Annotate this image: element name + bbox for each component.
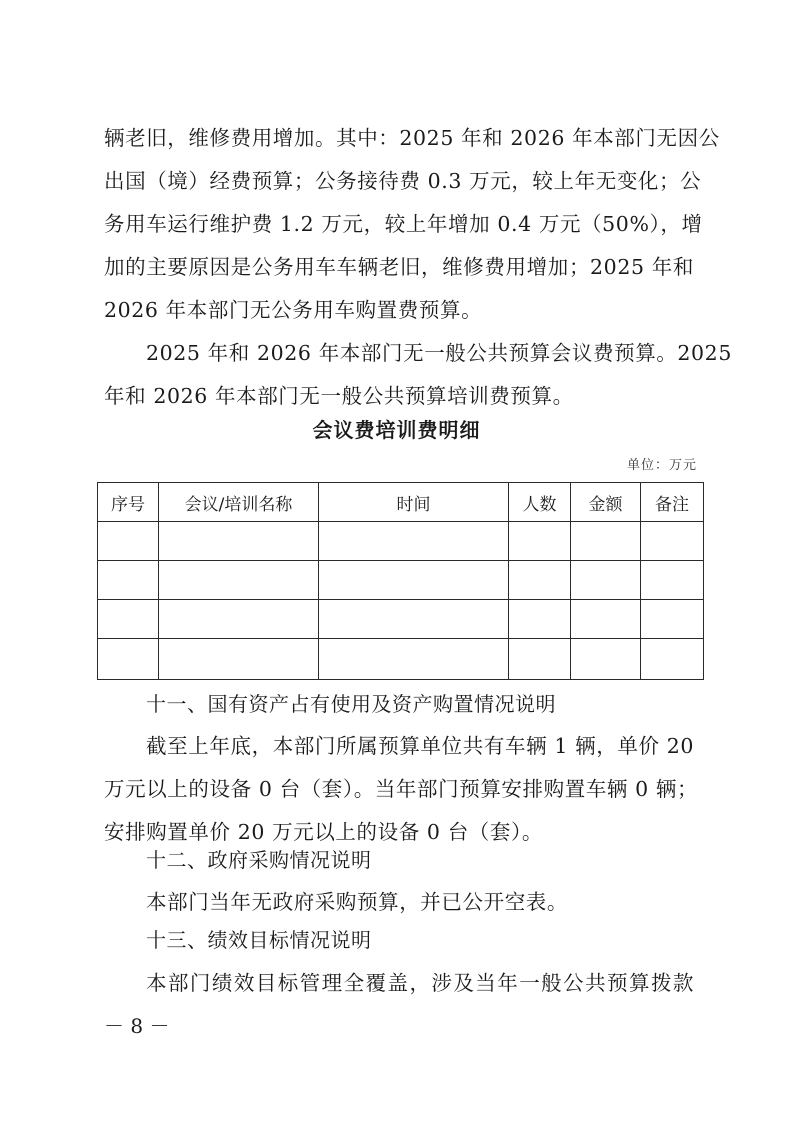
section-heading-performance: 十三、绩效目标情况说明 bbox=[146, 926, 372, 954]
table-cell bbox=[509, 600, 571, 639]
table-cell bbox=[571, 561, 641, 600]
column-header-remarks: 备注 bbox=[641, 483, 704, 522]
table-cell bbox=[571, 522, 641, 561]
table-cell bbox=[319, 600, 509, 639]
table-header-row: 序号 会议/培训名称 时间 人数 金额 备注 bbox=[98, 483, 704, 522]
paragraph-line: 本部门绩效目标管理全覆盖，涉及当年一般公共预算拨款 bbox=[146, 969, 694, 997]
table-cell bbox=[159, 522, 319, 561]
table-cell bbox=[641, 522, 704, 561]
table-row bbox=[98, 522, 704, 561]
table-title: 会议费培训费明细 bbox=[0, 416, 793, 444]
table-cell bbox=[319, 522, 509, 561]
paragraph-line: 出国（境）经费预算；公务接待费 0.3 万元，较上年无变化；公 bbox=[104, 167, 694, 195]
table-cell bbox=[641, 561, 704, 600]
table-cell bbox=[641, 600, 704, 639]
paragraph-line: 截至上年底，本部门所属预算单位共有车辆 1 辆，单价 20 bbox=[146, 732, 694, 760]
paragraph-line: 务用车运行维护费 1.2 万元，较上年增加 0.4 万元（50%），增 bbox=[104, 210, 694, 238]
paragraph-line: 万元以上的设备 0 台（套）。当年部门预算安排购置车辆 0 辆； bbox=[104, 775, 694, 803]
page-number: － 8 － bbox=[104, 1014, 169, 1038]
table-cell bbox=[98, 639, 159, 680]
column-header-time: 时间 bbox=[319, 483, 509, 522]
table-cell bbox=[319, 639, 509, 680]
paragraph-line: 2025 年和 2026 年本部门无一般公共预算会议费预算。2025 bbox=[146, 339, 694, 367]
section-heading-procurement: 十二、政府采购情况说明 bbox=[146, 846, 372, 874]
table-cell bbox=[571, 600, 641, 639]
paragraph-line: 安排购置单价 20 万元以上的设备 0 台（套）。 bbox=[104, 818, 694, 846]
paragraph-line: 本部门当年无政府采购预算，并已公开空表。 bbox=[146, 888, 694, 916]
table-cell bbox=[509, 639, 571, 680]
table-cell bbox=[509, 522, 571, 561]
table-cell bbox=[98, 522, 159, 561]
section-heading-assets: 十一、国有资产占有使用及资产购置情况说明 bbox=[146, 690, 556, 718]
paragraph-line: 2026 年本部门无公务用车购置费预算。 bbox=[104, 296, 694, 324]
table-cell bbox=[159, 639, 319, 680]
paragraph-line: 辆老旧，维修费用增加。其中：2025 年和 2026 年本部门无因公 bbox=[104, 124, 694, 152]
column-header-attendees: 人数 bbox=[509, 483, 571, 522]
column-header-index: 序号 bbox=[98, 483, 159, 522]
paragraph-line: 加的主要原因是公务用车车辆老旧，维修费用增加；2025 年和 bbox=[104, 253, 694, 281]
table-row bbox=[98, 561, 704, 600]
table-cell bbox=[319, 561, 509, 600]
table-row bbox=[98, 600, 704, 639]
table-cell bbox=[641, 639, 704, 680]
table-cell bbox=[159, 600, 319, 639]
column-header-name: 会议/培训名称 bbox=[159, 483, 319, 522]
table-row bbox=[98, 639, 704, 680]
column-header-amount: 金额 bbox=[571, 483, 641, 522]
table-cell bbox=[509, 561, 571, 600]
table-cell bbox=[159, 561, 319, 600]
table-cell bbox=[98, 561, 159, 600]
paragraph-line: 年和 2026 年本部门无一般公共预算培训费预算。 bbox=[104, 382, 694, 410]
table-cell bbox=[571, 639, 641, 680]
meeting-training-fee-table: 序号 会议/培训名称 时间 人数 金额 备注 bbox=[97, 482, 704, 680]
table-cell bbox=[98, 600, 159, 639]
table-unit-label: 单位：万元 bbox=[627, 457, 697, 475]
